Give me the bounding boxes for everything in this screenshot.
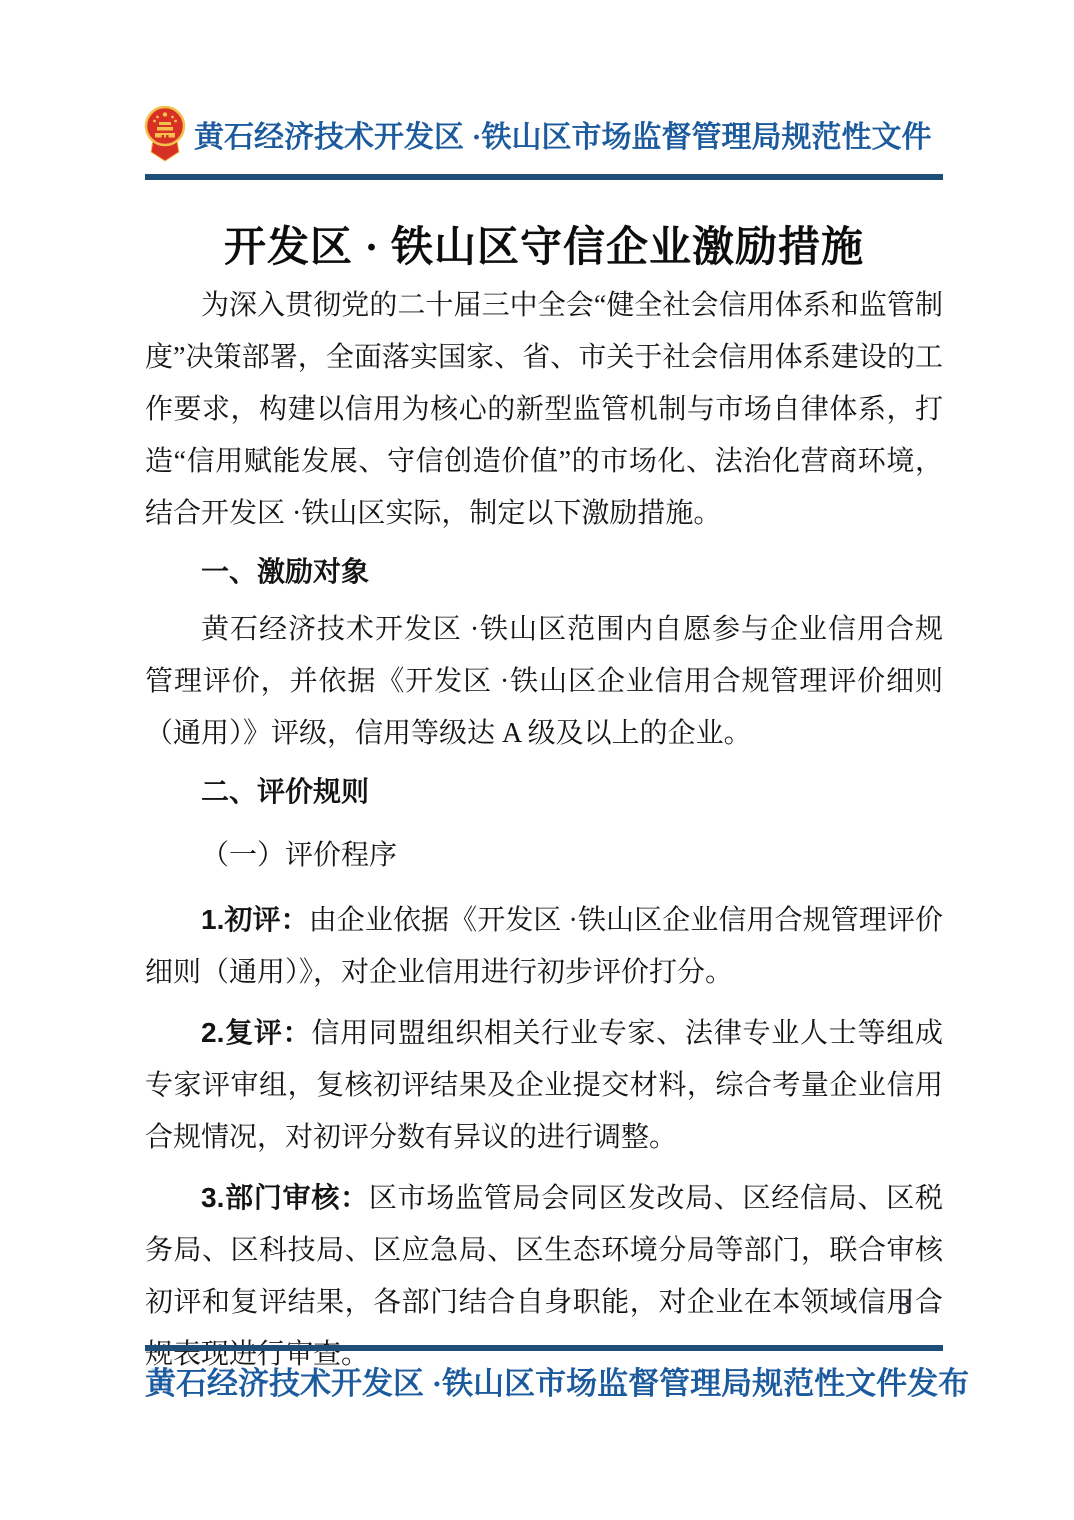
section-heading-1: 一、激励对象 <box>145 546 943 598</box>
list-item-2-label: 2.复评： <box>201 1017 311 1048</box>
list-item-1-label: 1.初评： <box>201 904 309 935</box>
footer-title: 黄石经济技术开发区 ·铁山区市场监督管理局规范性文件发布 <box>145 1358 943 1403</box>
header-title: 黄石经济技术开发区 ·铁山区市场监督管理局规范性文件 <box>194 112 932 156</box>
document-title: 开发区 · 铁山区守信企业激励措施 <box>145 214 943 274</box>
header-rule <box>145 174 943 180</box>
subsection-heading: （一）评价程序 <box>145 830 943 882</box>
page-number: – 3 – <box>869 1290 943 1321</box>
list-item-2: 2.复评：信用同盟组织相关行业专家、法律专业人士等组成专家评审组，复核初评结果及… <box>145 1007 943 1164</box>
footer-rule <box>145 1345 943 1351</box>
page-header: 黄石经济技术开发区 ·铁山区市场监督管理局规范性文件 <box>143 106 943 162</box>
document-page: 黄石经济技术开发区 ·铁山区市场监督管理局规范性文件 开发区 · 铁山区守信企业… <box>0 0 1074 1520</box>
paragraph-targets: 黄石经济技术开发区 ·铁山区范围内自愿参与企业信用合规管理评价，并依据《开发区 … <box>145 604 943 760</box>
list-item-1: 1.初评：由企业依据《开发区 ·铁山区企业信用合规管理评价细则（通用）》，对企业… <box>145 894 943 999</box>
list-item-3-label: 3.部门审核： <box>201 1182 369 1213</box>
section-heading-2: 二、评价规则 <box>145 766 943 818</box>
paragraph-intro: 为深入贯彻党的二十届三中全会“健全社会信用体系和监管制度”决策部署，全面落实国家… <box>145 280 943 540</box>
document-body: 为深入贯彻党的二十届三中全会“健全社会信用体系和监管制度”决策部署，全面落实国家… <box>145 280 943 1381</box>
china-national-emblem-icon <box>143 106 187 162</box>
